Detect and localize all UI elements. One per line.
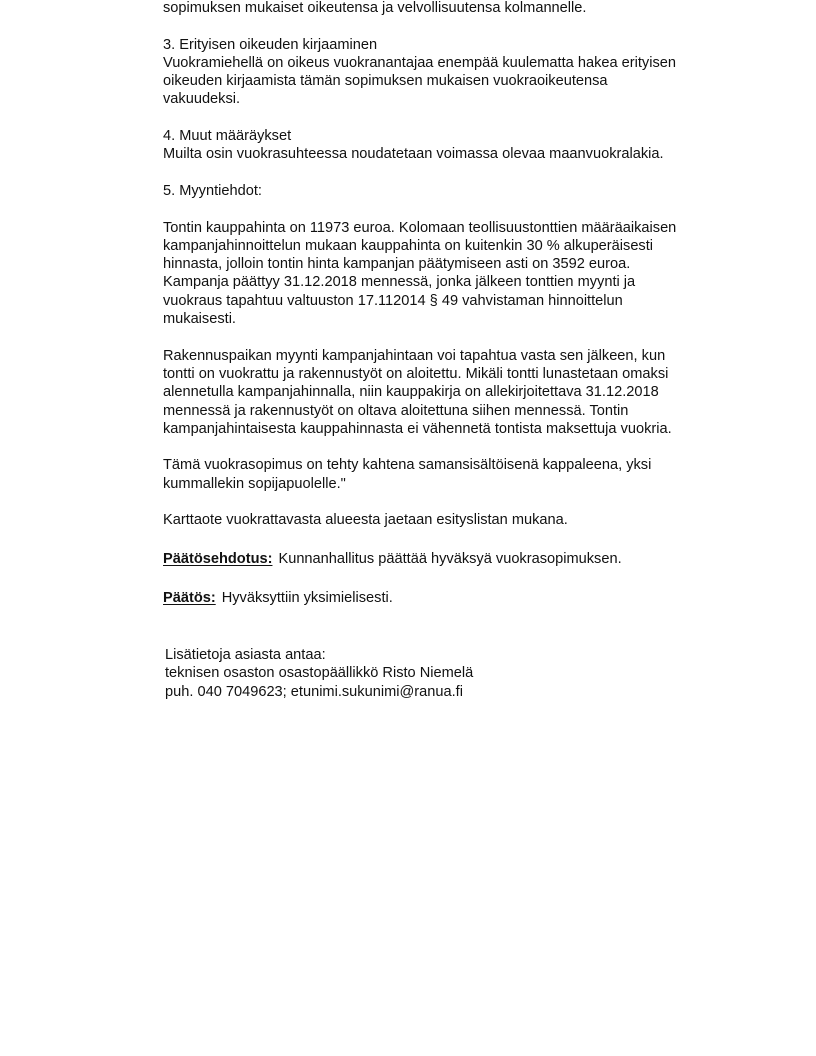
section-5-heading: 5. Myyntiehdot: — [163, 182, 738, 200]
section-4-line: Muilta osin vuokrasuhteessa noudatetaan … — [163, 145, 738, 163]
sales-terms-paragraph-1: Tontin kauppahinta on 11973 euroa. Kolom… — [163, 219, 738, 329]
sales-terms-paragraph-3: Tämä vuokrasopimus on tehty kahtena sama… — [163, 456, 738, 493]
document-page: sopimuksen mukaiset oikeutensa ja velvol… — [163, 0, 738, 607]
intro-tail: sopimuksen mukaiset oikeutensa ja velvol… — [163, 0, 738, 17]
paragraph-line: kampanjahintaisesta kauppahinnasta ei vä… — [163, 420, 738, 438]
contact-person: teknisen osaston osastopäällikkö Risto N… — [165, 664, 473, 682]
paragraph-line: Tontin kauppahinta on 11973 euroa. Kolom… — [163, 219, 738, 237]
spacer — [163, 17, 738, 35]
decision-label: Päätös: — [163, 590, 216, 606]
section-3-line: vakuudeksi. — [163, 90, 738, 108]
spacer — [163, 328, 738, 346]
paragraph-line: vuokraus tapahtuu valtuuston 17.112014 §… — [163, 292, 738, 310]
spacer — [163, 109, 738, 127]
paragraph-line: kummallekin sopijapuolelle." — [163, 475, 738, 493]
proposal-text: Kunnanhallitus päättää hyväksyä vuokraso… — [278, 551, 621, 567]
spacer — [163, 568, 738, 586]
proposal-row: Päätösehdotus:Kunnanhallitus päättää hyv… — [163, 550, 738, 568]
section-3-line: oikeuden kirjaamista tämän sopimuksen mu… — [163, 72, 738, 90]
paragraph-line: mennessä ja rakennustyöt on oltava aloit… — [163, 402, 738, 420]
spacer — [163, 493, 738, 511]
proposal-label: Päätösehdotus: — [163, 551, 272, 567]
section-4: 4. Muut määräykset Muilta osin vuokrasuh… — [163, 127, 738, 164]
section-3: 3. Erityisen oikeuden kirjaaminen Vuokra… — [163, 36, 738, 109]
paragraph-line: Kampanja päättyy 31.12.2018 mennessä, jo… — [163, 273, 738, 291]
sales-terms-paragraph-2: Rakennuspaikan myynti kampanjahintaan vo… — [163, 347, 738, 438]
paragraph-line: alennetulla kampanjahinnalla, niin kaupp… — [163, 383, 738, 401]
paragraph-line: mukaisesti. — [163, 310, 738, 328]
contact-intro: Lisätietoja asiasta antaa: — [165, 646, 473, 664]
paragraph-line: hinnasta, jolloin tontin hinta kampanjan… — [163, 255, 738, 273]
section-3-heading: 3. Erityisen oikeuden kirjaaminen — [163, 36, 738, 54]
spacer — [163, 530, 738, 548]
paragraph-line: kampanjahinnoittelun mukaan kauppahinta … — [163, 237, 738, 255]
paragraph-line: tontti on vuokrattu ja rakennustyöt on a… — [163, 365, 738, 383]
paragraph-line: Tämä vuokrasopimus on tehty kahtena sama… — [163, 456, 738, 474]
section-4-heading: 4. Muut määräykset — [163, 127, 738, 145]
map-note: Karttaote vuokrattavasta alueesta jaetaa… — [163, 511, 738, 529]
section-5: 5. Myyntiehdot: Tontin kauppahinta on 11… — [163, 182, 738, 493]
spacer — [163, 164, 738, 182]
contact-details: puh. 040 7049623; etunimi.sukunimi@ranua… — [165, 683, 473, 701]
paragraph-line: Rakennuspaikan myynti kampanjahintaan vo… — [163, 347, 738, 365]
contact-info: Lisätietoja asiasta antaa: teknisen osas… — [165, 646, 473, 701]
section-3-line: Vuokramiehellä on oikeus vuokranantajaa … — [163, 54, 738, 72]
spacer — [163, 200, 738, 218]
spacer — [163, 438, 738, 456]
decision-text: Hyväksyttiin yksimielisesti. — [222, 590, 393, 606]
decision-row: Päätös:Hyväksyttiin yksimielisesti. — [163, 589, 738, 607]
